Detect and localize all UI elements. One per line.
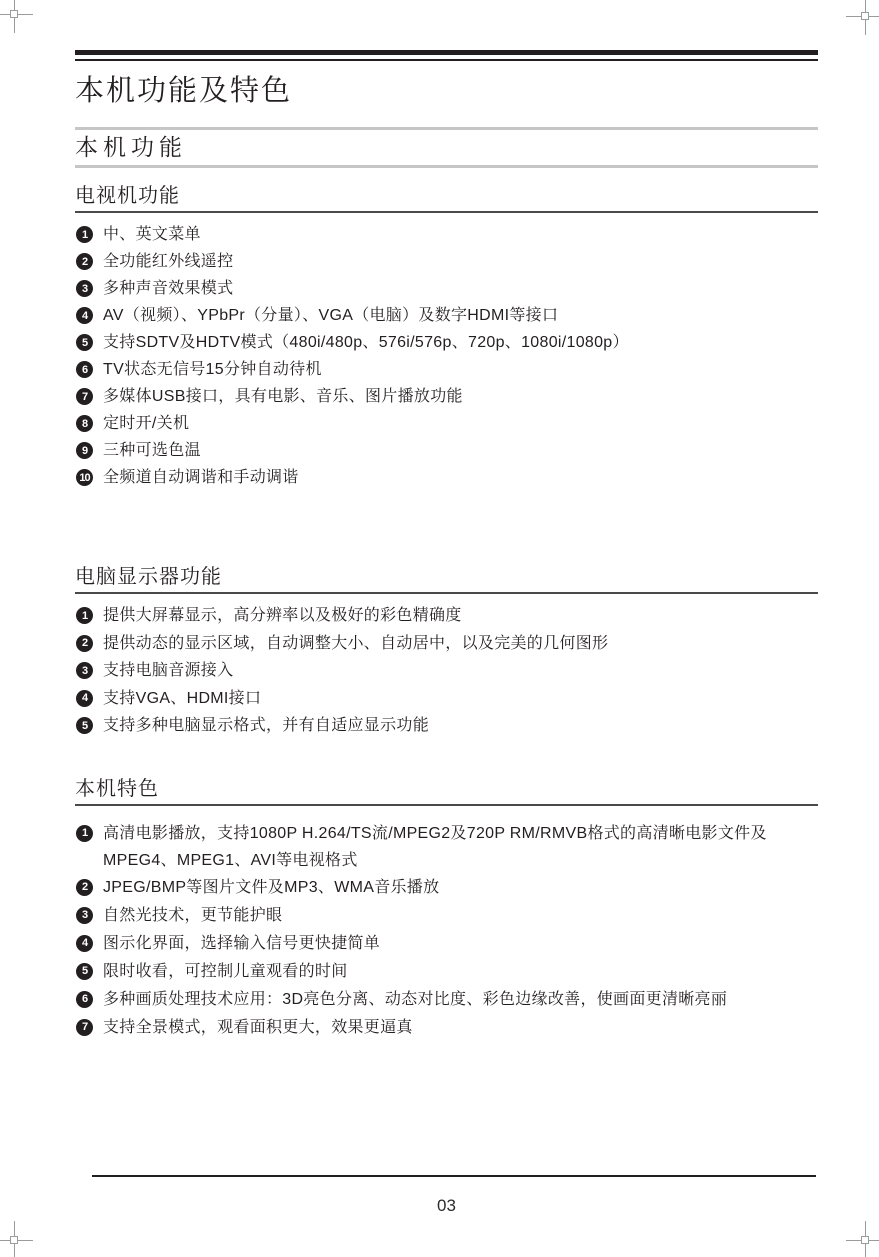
feature-item: 4支持VGA、HDMI接口 <box>75 685 818 713</box>
feature-item: 2提供动态的显示区域，自动调整大小、自动居中，以及完美的几何图形 <box>75 630 818 658</box>
page-content: 本机功能及特色 本机功能 电视机功能 1中、英文菜单2全功能红外线遥控3多种声音… <box>75 0 818 1217</box>
feature-item: 3多种声音效果模式 <box>75 275 818 302</box>
feature-item: 6TV状态无信号15分钟自动待机 <box>75 356 818 383</box>
feature-item-text: 支持多种电脑显示格式，并有自适应显示功能 <box>103 712 429 739</box>
section-heading: 电视机功能 <box>75 184 818 213</box>
registration-mark-top-left <box>0 0 33 33</box>
item-number-badge: 7 <box>76 1019 93 1036</box>
item-number-badge: 5 <box>76 334 93 351</box>
feature-item-text: 支持全景模式，观看面积更大，效果更逼真 <box>103 1014 413 1041</box>
band-title: 本机功能 <box>75 130 818 165</box>
feature-item-text: 高清电影播放，支持1080P H.264/TS流/MPEG2及720P RM/R… <box>103 820 818 874</box>
feature-item: 1中、英文菜单 <box>75 221 818 248</box>
section-heading: 本机特色 <box>75 777 818 806</box>
feature-item-text: 提供大屏幕显示，高分辨率以及极好的彩色精确度 <box>103 602 462 629</box>
top-rule-thick <box>75 50 818 55</box>
feature-item: 9三种可选色温 <box>75 437 818 464</box>
feature-item-text: 自然光技术，更节能护眼 <box>103 902 282 929</box>
feature-item-text: 多媒体USB接口，具有电影、音乐、图片播放功能 <box>103 383 463 410</box>
feature-item-text: 支持电脑音源接入 <box>103 657 233 684</box>
feature-item-text: 提供动态的显示区域，自动调整大小、自动居中，以及完美的几何图形 <box>103 630 608 657</box>
item-number-badge: 6 <box>76 991 93 1008</box>
item-number-badge: 9 <box>76 442 93 459</box>
feature-item-text: AV（视频）、YPbPr（分量）、VGA（电脑）及数字HDMI等接口 <box>103 302 558 329</box>
item-number-badge: 8 <box>76 415 93 432</box>
feature-item-text: 多种声音效果模式 <box>103 275 233 302</box>
item-number-badge: 3 <box>76 907 93 924</box>
manual-page: 本机功能及特色 本机功能 电视机功能 1中、英文菜单2全功能红外线遥控3多种声音… <box>0 0 879 1257</box>
feature-item-text: 三种可选色温 <box>103 437 201 464</box>
registration-mark-top-right <box>846 0 879 35</box>
feature-item: 7支持全景模式，观看面积更大，效果更逼真 <box>75 1014 818 1042</box>
page-number: 03 <box>75 1195 818 1217</box>
feature-item-text: 支持VGA、HDMI接口 <box>103 685 261 712</box>
registration-mark-bottom-left <box>0 1221 33 1257</box>
feature-item: 5限时收看，可控制儿童观看的时间 <box>75 958 818 986</box>
item-number-badge: 5 <box>76 963 93 980</box>
item-number-badge: 3 <box>76 280 93 297</box>
feature-item: 1高清电影播放，支持1080P H.264/TS流/MPEG2及720P RM/… <box>75 820 818 874</box>
feature-item: 6多种画质处理技术应用：3D亮色分离、动态对比度、彩色边缘改善，使画面更清晰亮丽 <box>75 986 818 1014</box>
feature-item: 4图示化界面，选择输入信号更快捷简单 <box>75 930 818 958</box>
feature-item: 2JPEG/BMP等图片文件及MP3、WMA音乐播放 <box>75 874 818 902</box>
feature-item-text: 限时收看，可控制儿童观看的时间 <box>103 958 348 985</box>
item-number-badge: 6 <box>76 361 93 378</box>
feature-item-text: 图示化界面，选择输入信号更快捷简单 <box>103 930 380 957</box>
item-number-badge: 1 <box>76 226 93 243</box>
feature-item: 1提供大屏幕显示，高分辨率以及极好的彩色精确度 <box>75 602 818 630</box>
feature-section: 本机特色 1高清电影播放，支持1080P H.264/TS流/MPEG2及720… <box>75 777 818 1042</box>
feature-section: 电视机功能 1中、英文菜单2全功能红外线遥控3多种声音效果模式4AV（视频）、Y… <box>75 184 818 491</box>
feature-item-text: 支持SDTV及HDTV模式（480i/480p、576i/576p、720p、1… <box>103 329 629 356</box>
item-number-badge: 2 <box>76 635 93 652</box>
feature-item-text: 定时开/关机 <box>103 410 189 437</box>
feature-item-text: 全频道自动调谐和手动调谐 <box>103 464 299 491</box>
item-number-badge: 1 <box>76 825 93 842</box>
feature-item-text: 中、英文菜单 <box>103 221 201 248</box>
feature-section: 电脑显示器功能 1提供大屏幕显示，高分辨率以及极好的彩色精确度2提供动态的显示区… <box>75 565 818 740</box>
item-number-badge: 4 <box>76 307 93 324</box>
feature-item: 3支持电脑音源接入 <box>75 657 818 685</box>
item-number-badge: 7 <box>76 388 93 405</box>
feature-item: 3自然光技术，更节能护眼 <box>75 902 818 930</box>
footer-rule <box>92 1175 816 1177</box>
section-heading: 电脑显示器功能 <box>75 565 818 594</box>
feature-list: 1提供大屏幕显示，高分辨率以及极好的彩色精确度2提供动态的显示区域，自动调整大小… <box>75 602 818 740</box>
item-number-badge: 4 <box>76 935 93 952</box>
feature-item: 10全频道自动调谐和手动调谐 <box>75 464 818 491</box>
page-title: 本机功能及特色 <box>75 74 818 108</box>
top-rule-thin <box>75 59 818 61</box>
feature-item: 4AV（视频）、YPbPr（分量）、VGA（电脑）及数字HDMI等接口 <box>75 302 818 329</box>
feature-item: 5支持多种电脑显示格式，并有自适应显示功能 <box>75 712 818 740</box>
item-number-badge: 10 <box>76 469 93 486</box>
feature-item: 5支持SDTV及HDTV模式（480i/480p、576i/576p、720p、… <box>75 329 818 356</box>
item-number-badge: 1 <box>76 607 93 624</box>
item-number-badge: 3 <box>76 662 93 679</box>
feature-item-text: 多种画质处理技术应用：3D亮色分离、动态对比度、彩色边缘改善，使画面更清晰亮丽 <box>103 986 727 1013</box>
item-number-badge: 5 <box>76 717 93 734</box>
item-number-badge: 4 <box>76 690 93 707</box>
item-number-badge: 2 <box>76 879 93 896</box>
feature-list: 1中、英文菜单2全功能红外线遥控3多种声音效果模式4AV（视频）、YPbPr（分… <box>75 221 818 491</box>
section-band: 本机功能 <box>75 127 818 168</box>
feature-item: 8定时开/关机 <box>75 410 818 437</box>
feature-item: 2全功能红外线遥控 <box>75 248 818 275</box>
feature-item: 7多媒体USB接口，具有电影、音乐、图片播放功能 <box>75 383 818 410</box>
feature-item-text: TV状态无信号15分钟自动待机 <box>103 356 322 383</box>
registration-mark-bottom-right <box>846 1221 879 1257</box>
band-rule-bottom <box>75 165 818 168</box>
sections: 电视机功能 1中、英文菜单2全功能红外线遥控3多种声音效果模式4AV（视频）、Y… <box>75 184 818 1042</box>
feature-item-text: 全功能红外线遥控 <box>103 248 233 275</box>
item-number-badge: 2 <box>76 253 93 270</box>
feature-item-text: JPEG/BMP等图片文件及MP3、WMA音乐播放 <box>103 874 439 901</box>
feature-list: 1高清电影播放，支持1080P H.264/TS流/MPEG2及720P RM/… <box>75 820 818 1042</box>
